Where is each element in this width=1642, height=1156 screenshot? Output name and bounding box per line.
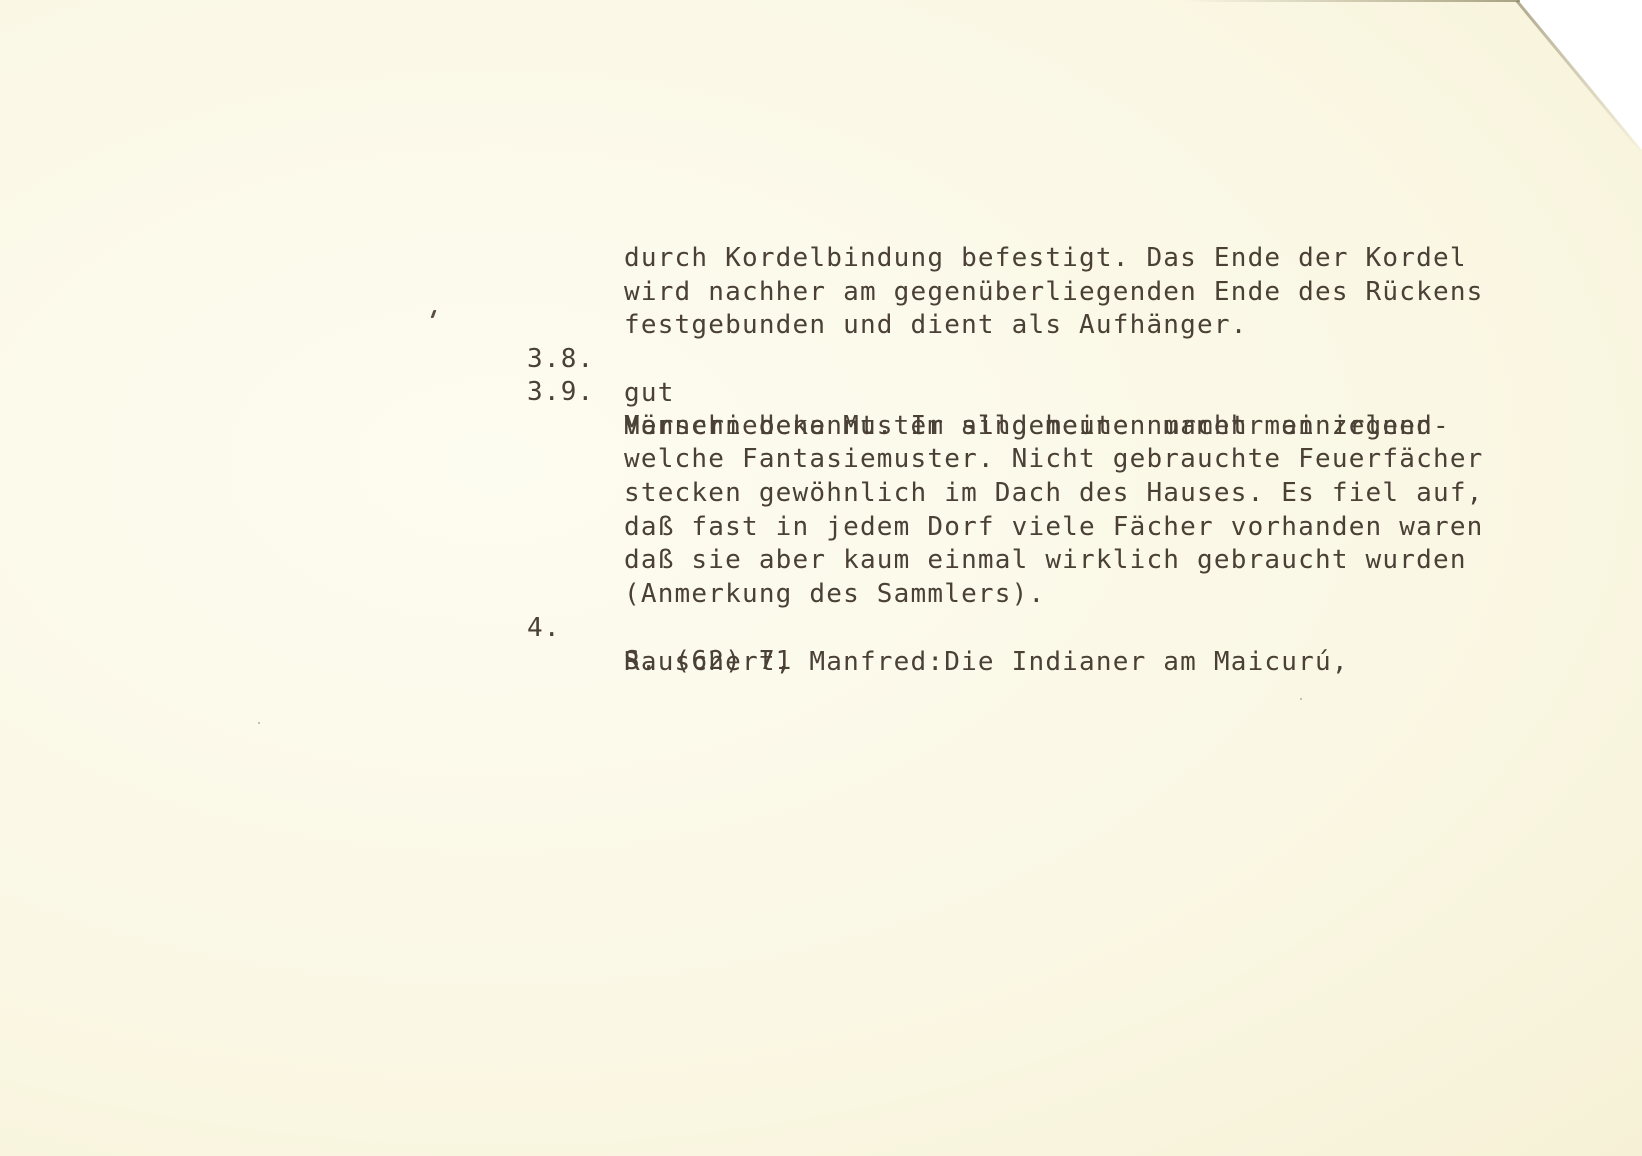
continuation-line-3: festgebunden und dient als Aufhänger. — [624, 308, 1248, 342]
card-top-edge-shadow — [1180, 0, 1520, 2]
text-line: stecken gewöhnlich im Dach des Hauses. E… — [0, 442, 67, 476]
paper-speck — [258, 722, 260, 724]
item-text: (Anmerkung des Sammlers). — [624, 577, 1045, 611]
text-line: (Anmerkung des Sammlers). — [0, 543, 67, 577]
item-text: daß fast in jedem Dorf viele Fächer vorh… — [624, 510, 1484, 544]
item-text: S. (62) 71 — [624, 644, 793, 678]
item-number: 3.8. — [527, 342, 594, 376]
text-line: daß fast in jedem Dorf viele Fächer vorh… — [0, 476, 67, 510]
item-text: Männern bekannt. Im allgemeinen macht ma… — [624, 409, 1450, 443]
text-line: wird nachher am gegenüberliegenden Ende … — [0, 241, 67, 275]
text-line: Männern bekannt. Im allgemeinen macht ma… — [0, 375, 67, 409]
continuation-line-1: durch Kordelbindung befestigt. Das Ende … — [624, 241, 1467, 275]
item-4: 4. Rauschert, Manfred:Die Indianer am Ma… — [0, 577, 67, 611]
text-line: daß sie aber kaum einmal wirklich gebrau… — [0, 509, 67, 543]
item-text: daß sie aber kaum einmal wirklich gebrau… — [624, 543, 1467, 577]
continuation-line-2: wird nachher am gegenüberliegenden Ende … — [624, 275, 1484, 309]
item-text: stecken gewöhnlich im Dach des Hauses. E… — [624, 476, 1484, 510]
item-text: welche Fantasiemuster. Nicht gebrauchte … — [624, 442, 1484, 476]
typewritten-text: durch Kordelbindung befestigt. Das Ende … — [0, 0, 34, 630]
text-line: S. (62) 71 — [0, 610, 67, 644]
item-3-9: 3.9. Verschiedene Muster sind heute nurm… — [0, 341, 67, 375]
text-line: welche Fantasiemuster. Nicht gebrauchte … — [0, 408, 67, 442]
item-number: 4. — [527, 611, 561, 645]
item-number: 3.9. — [527, 375, 594, 409]
text-line: durch Kordelbindung befestigt. Das Ende … — [0, 207, 67, 241]
paper-speck — [1300, 698, 1302, 700]
text-line: festgebunden und dient als Aufhänger. — [0, 274, 67, 308]
item-text: gut — [624, 376, 675, 410]
item-3-8: 3.8. gut — [0, 308, 67, 342]
